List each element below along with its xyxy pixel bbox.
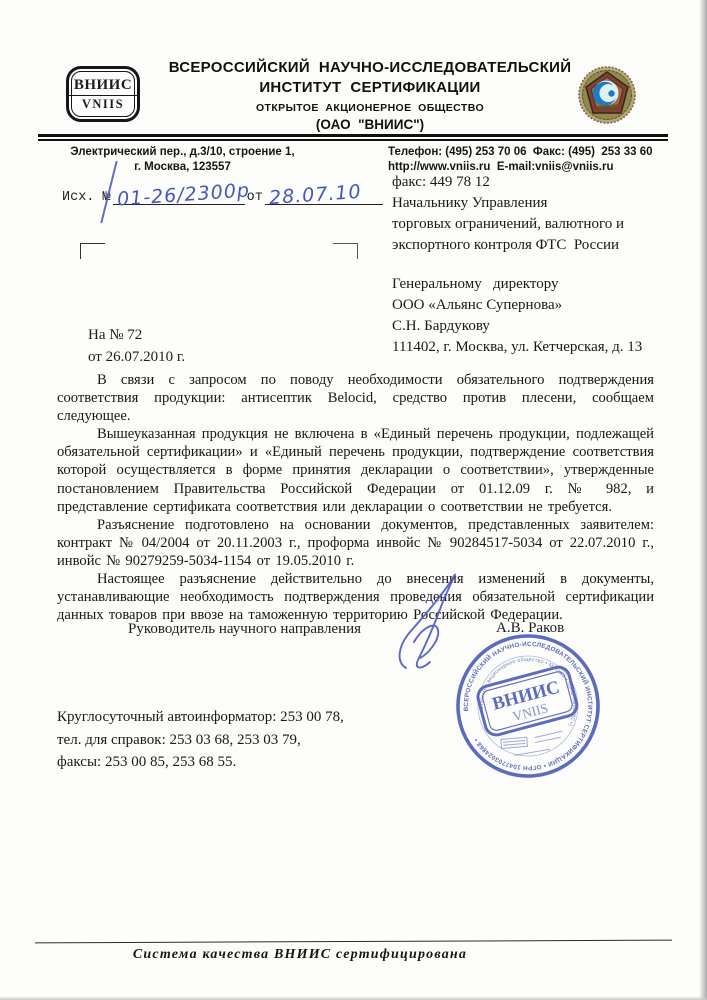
body-paragraph: Вышеуказанная продукция не включена в «Е… — [57, 425, 654, 515]
org-short-name: (ОАО "ВНИИС") — [148, 117, 592, 133]
round-stamp: ВСЕРОССИЙСКИЙ НАУЧНО-ИССЛЕДОВАТЕЛЬСКИЙ И… — [442, 623, 615, 788]
info-phones-block: Круглосуточный автоинформатор: 253 00 78… — [57, 706, 344, 774]
letter-body: В связи с запросом по поводу необходимос… — [57, 371, 654, 624]
recipient-gap — [392, 256, 642, 274]
logo-text-cyrillic: ВНИИС — [69, 77, 137, 96]
recipient-dept-line: торговых ограничений, валютного и — [392, 214, 642, 235]
header-divider — [38, 134, 668, 141]
org-phone-block: Телефон: (495) 253 70 06 Факс: (495) 253… — [388, 145, 688, 175]
info-phone-line: тел. для справок: 253 03 68, 253 03 79, — [57, 729, 344, 752]
logo-text-latin: VNIIS — [82, 96, 124, 112]
vniis-logo-inner: ВНИИС VNIIS — [71, 71, 135, 117]
vniis-logo: ВНИИС VNIIS — [66, 66, 140, 122]
recipient-company-line: С.Н. Бардукову — [392, 316, 642, 337]
info-phone-line: факсы: 253 00 85, 253 68 55. — [57, 751, 344, 774]
org-name-line2: ИНСТИТУТ СЕРТИФИКАЦИИ — [148, 78, 592, 98]
outgoing-date-field: 28.07.10 — [265, 186, 383, 205]
recipient-fax: факс: 449 78 12 — [392, 172, 642, 193]
info-phone-line: Круглосуточный автоинформатор: 253 00 78… — [57, 706, 344, 729]
reference-number: На № 72 — [88, 324, 185, 346]
recipient-dept-line: экспортного контроля ФТС России — [392, 235, 642, 256]
body-paragraph: Разъяснение подготовлено на основании до… — [57, 516, 654, 570]
footer-quality-note: Система качества ВНИИС сертифицирована — [90, 947, 510, 963]
org-address-block: Электрический пер., д.3/10, строение 1, … — [50, 145, 315, 175]
address-window-corner-right — [333, 243, 358, 259]
recipient-company-line: Генеральному директору — [392, 274, 642, 295]
recipient-company-line: ООО «Альянс Супернова» — [392, 295, 642, 316]
org-address-line1: Электрический пер., д.3/10, строение 1, — [50, 145, 315, 160]
incoming-reference-block: На № 72 от 26.07.2010 г. — [88, 324, 185, 368]
recipient-company-line: 111402, г. Москва, ул. Кетчерская, д. 13 — [392, 337, 642, 358]
hologram-seal-icon — [578, 66, 636, 124]
footer-divider — [35, 940, 672, 944]
org-address-line2: г. Москва, 123557 — [50, 160, 315, 175]
body-paragraph: В связи с запросом по поводу необходимос… — [57, 371, 654, 425]
outgoing-number-field: 01-26/2300р — [113, 186, 245, 205]
scan-edge-shadow — [699, 0, 707, 1000]
org-name-line1: ВСЕРОССИЙСКИЙ НАУЧНО-ИССЛЕДОВАТЕЛЬСКИЙ — [148, 58, 592, 78]
org-phone-line: Телефон: (495) 253 70 06 Факс: (495) 253… — [388, 145, 688, 160]
reference-date: от 26.07.2010 г. — [88, 346, 185, 368]
recipient-block: факс: 449 78 12 Начальнику Управления то… — [392, 172, 642, 358]
body-paragraph: Настоящее разъяснение действительно до в… — [57, 570, 654, 624]
signer-position: Руководитель научного направления — [128, 621, 361, 638]
org-type-line: ОТКРЫТОЕ АКЦИОНЕРНОЕ ОБЩЕСТВО — [148, 101, 592, 115]
scanned-letter-page: ВНИИС VNIIS ВСЕРОССИЙСКИЙ НАУЧНО-ИССЛЕДО… — [0, 0, 707, 1000]
scan-bottom-shadow — [0, 996, 707, 1000]
org-title-block: ВСЕРОССИЙСКИЙ НАУЧНО-ИССЛЕДОВАТЕЛЬСКИЙ И… — [148, 58, 592, 133]
recipient-dept-line: Начальнику Управления — [392, 193, 642, 214]
handwritten-date: 28.07.10 — [268, 181, 362, 209]
address-window-corner-left — [80, 243, 105, 259]
handwritten-number: 01-26/2300р — [116, 179, 250, 210]
outgoing-label: Исх. № — [62, 190, 111, 205]
